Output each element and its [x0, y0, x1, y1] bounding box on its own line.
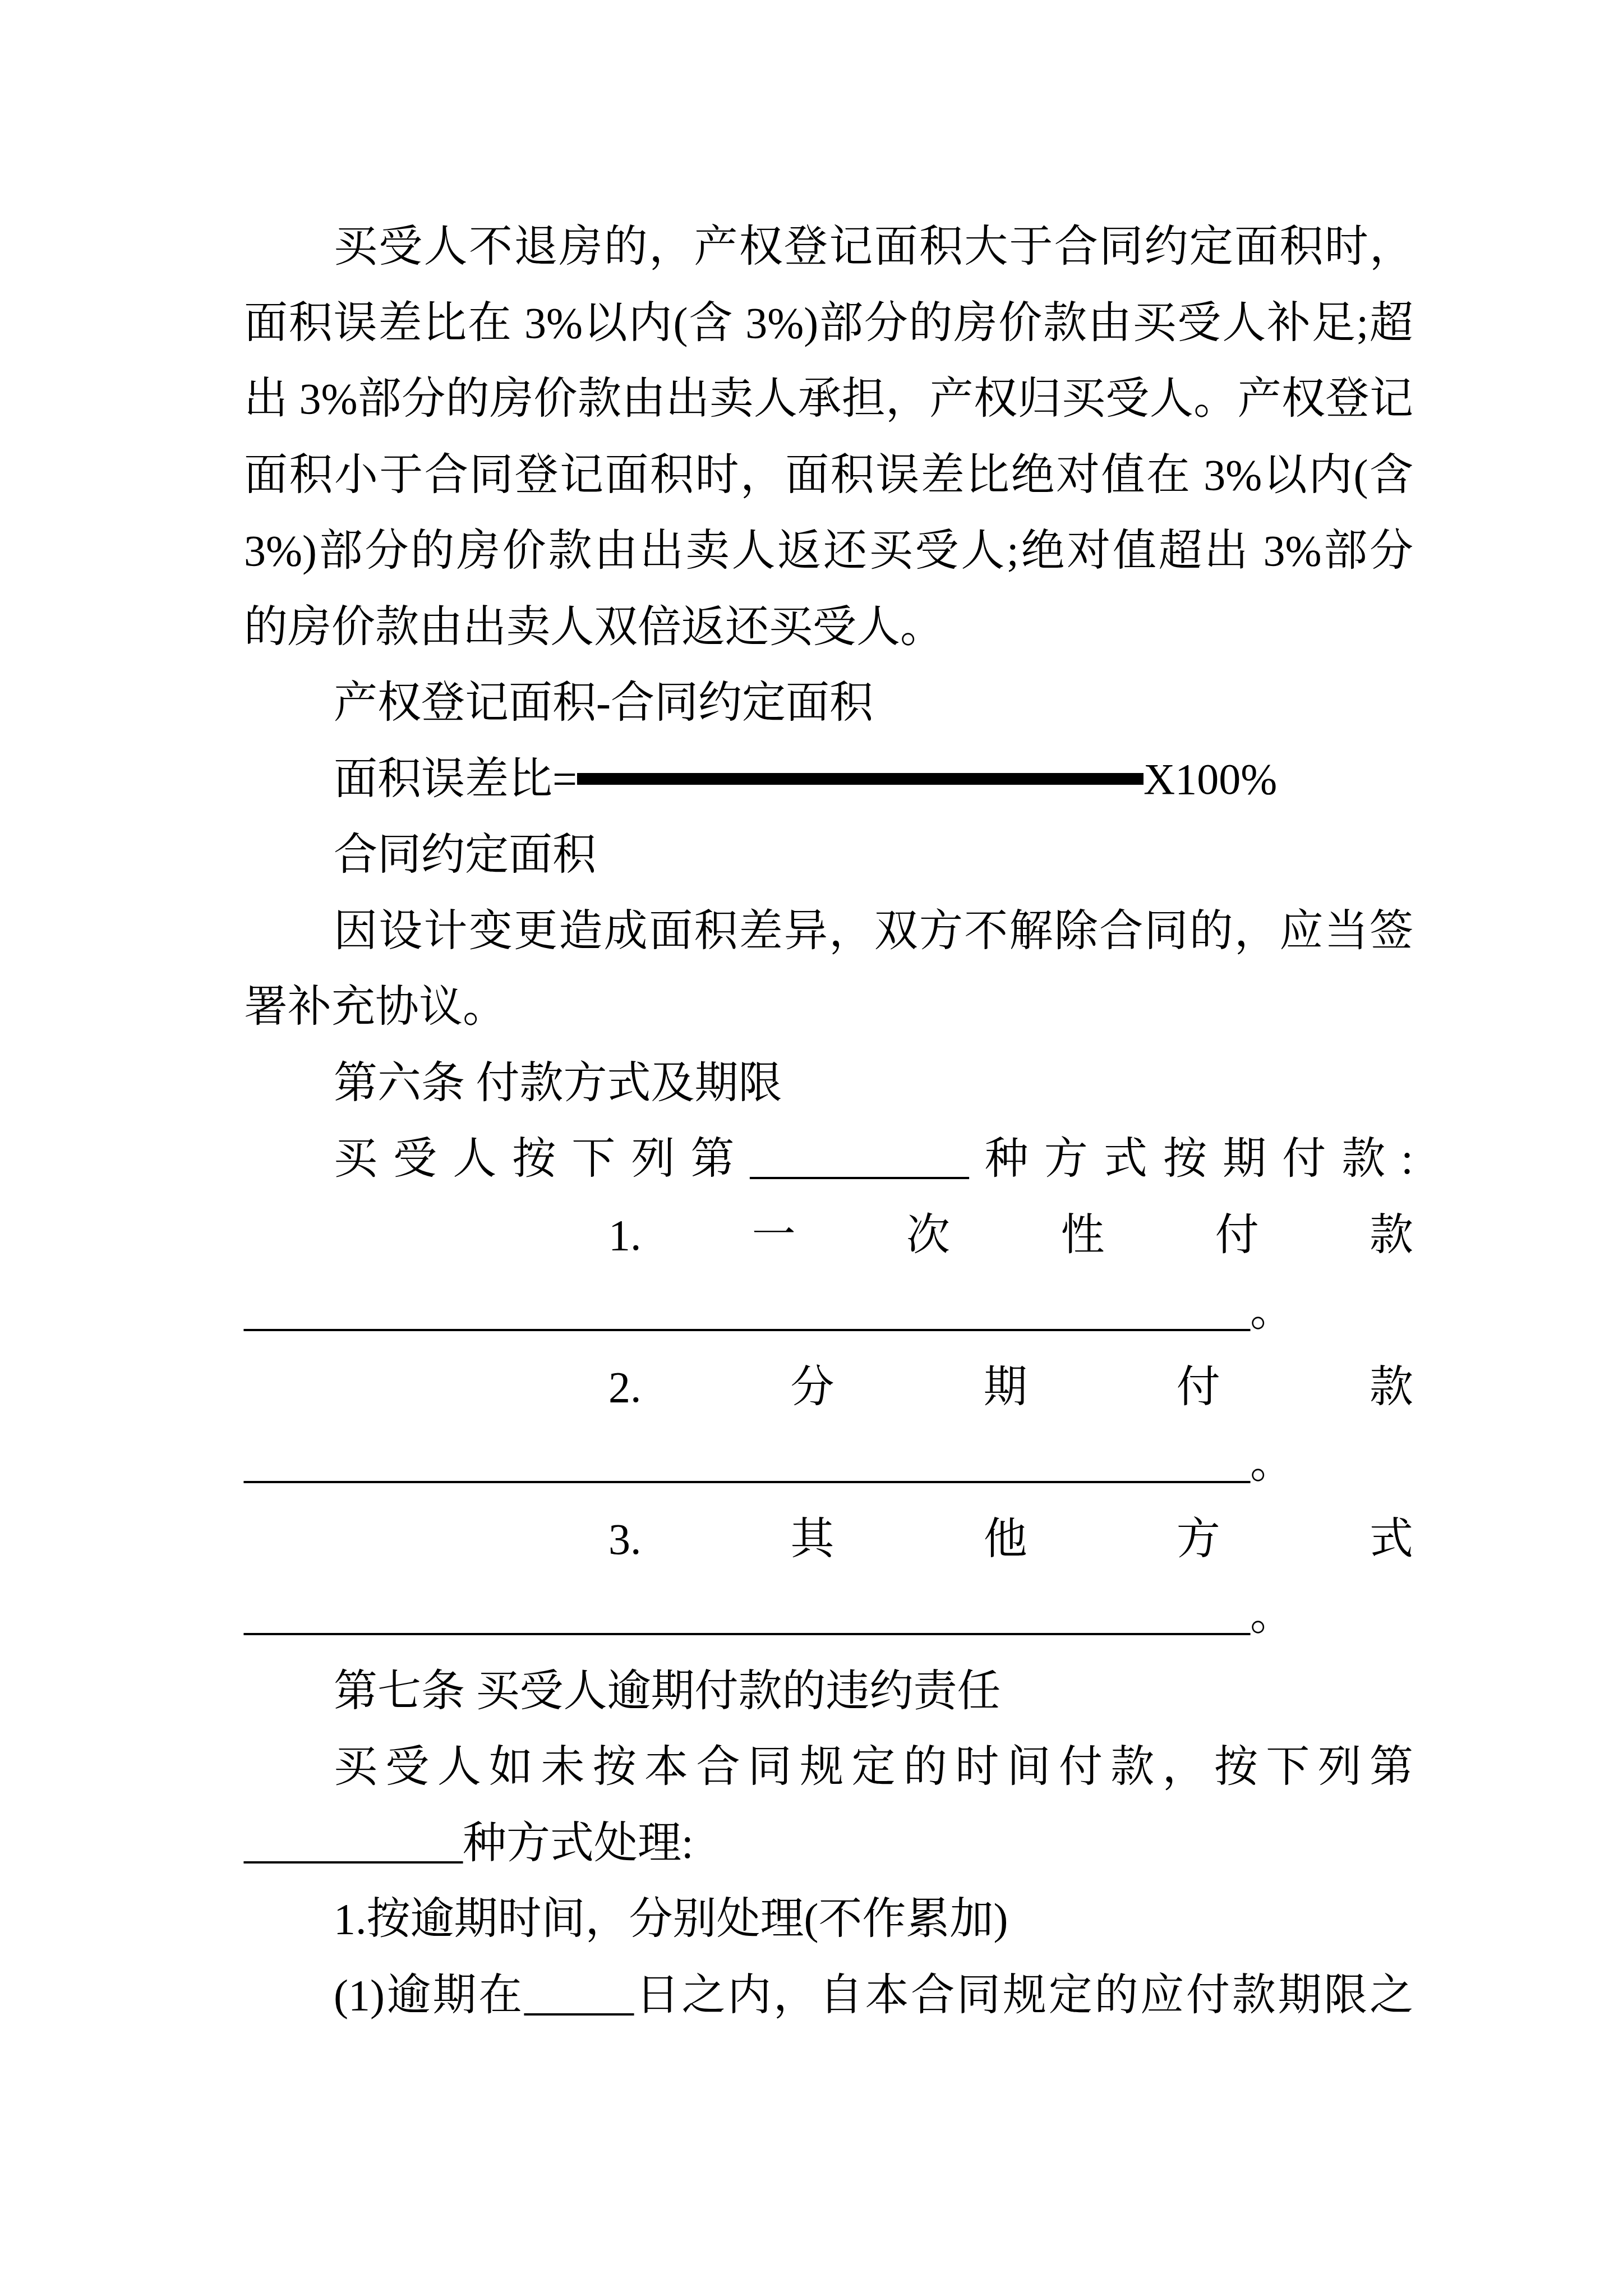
formula-multiplier: X100% [1144, 741, 1277, 817]
paragraph-line: 合同约定面积 [244, 817, 1413, 893]
paragraph-line: 第六条 付款方式及期限 [244, 1045, 1413, 1121]
formula-line: 面积误差比=X100% [244, 741, 1413, 817]
payment-option-char: 1. [608, 1197, 642, 1273]
paragraph-line: 买受人按下列第__________种方式按期付款: [244, 1121, 1413, 1197]
payment-option-line: 2.分期付款 [608, 1349, 1413, 1425]
contract-text-block: 买受人不退房的，产权登记面积大于合同约定面积时，面积误差比在 3%以内(含 3%… [244, 209, 1413, 2033]
paragraph-line: 3%)部分的房价款由出卖人返还买受人;绝对值超出 3%部分 [244, 513, 1413, 589]
contract-document-page: 买受人不退房的，产权登记面积大于合同约定面积时，面积误差比在 3%以内(含 3%… [0, 0, 1623, 2296]
payment-option-char: 式 [1370, 1501, 1413, 1577]
fill-blank-underline: ________________________________________… [244, 1438, 1250, 1487]
payment-option-char: 他 [984, 1501, 1027, 1577]
fill-blank-underline: ________________________________________… [244, 1590, 1250, 1639]
payment-option-char: 2. [608, 1349, 642, 1425]
payment-option-line: 1.一次性付款 [608, 1197, 1413, 1273]
paragraph-line: 买受人如未按本合同规定的时间付款，按下列第 [244, 1729, 1413, 1805]
fraction-bar [577, 773, 1144, 785]
formula-label: 面积误差比= [334, 741, 577, 817]
payment-option-char: 期 [984, 1349, 1027, 1425]
blank-fill-line: ________________________________________… [244, 1577, 1413, 1653]
paragraph-line: __________种方式处理: [244, 1805, 1413, 1881]
paragraph-line: (1)逾期在_____日之内，自本合同规定的应付款期限之 [244, 1957, 1413, 2033]
payment-option-char: 3. [608, 1501, 642, 1577]
paragraph-line: 产权登记面积-合同约定面积 [244, 665, 1413, 741]
payment-option-char: 分 [791, 1349, 834, 1425]
paragraph-line: 买受人不退房的，产权登记面积大于合同约定面积时， [244, 209, 1413, 285]
paragraph-line: 署补充协议。 [244, 969, 1413, 1045]
paragraph-line: 第七条 买受人逾期付款的违约责任 [244, 1653, 1413, 1729]
paragraph-line: 出 3%部分的房价款由出卖人承担，产权归买受人。产权登记 [244, 361, 1413, 437]
period-mark: 。 [1250, 1590, 1294, 1639]
payment-option-char: 付 [1215, 1197, 1259, 1273]
payment-option-char: 其 [791, 1501, 834, 1577]
blank-fill-line: ________________________________________… [244, 1273, 1413, 1349]
paragraph-line: 面积误差比在 3%以内(含 3%)部分的房价款由买受人补足;超 [244, 285, 1413, 361]
period-mark: 。 [1250, 1438, 1294, 1487]
paragraph-line: 面积小于合同登记面积时，面积误差比绝对值在 3%以内(含 [244, 437, 1413, 513]
payment-option-char: 款 [1370, 1349, 1413, 1425]
payment-option-char: 款 [1370, 1197, 1413, 1273]
payment-option-char: 次 [906, 1197, 950, 1273]
paragraph-line: 的房价款由出卖人双倍返还买受人。 [244, 589, 1413, 665]
payment-option-char: 付 [1177, 1349, 1220, 1425]
payment-option-char: 方 [1177, 1501, 1220, 1577]
paragraph-line: 因设计变更造成面积差异，双方不解除合同的，应当签 [244, 893, 1413, 969]
paragraph-line: 1.按逾期时间，分别处理(不作累加) [244, 1881, 1413, 1957]
fill-blank-underline: ________________________________________… [244, 1286, 1250, 1335]
payment-option-char: 一 [752, 1197, 796, 1273]
payment-option-char: 性 [1061, 1197, 1104, 1273]
period-mark: 。 [1250, 1286, 1294, 1335]
payment-option-line: 3.其他方式 [608, 1501, 1413, 1577]
blank-fill-line: ________________________________________… [244, 1425, 1413, 1501]
